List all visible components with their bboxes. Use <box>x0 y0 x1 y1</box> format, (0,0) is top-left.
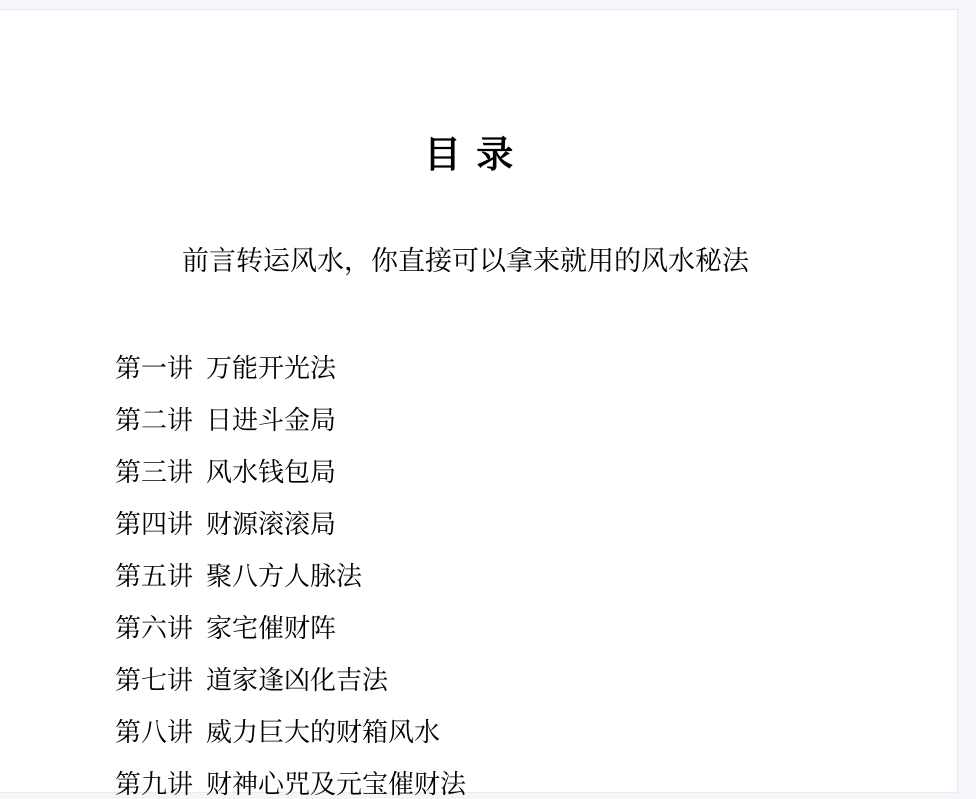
toc-entry-chapter: 第二讲 <box>115 406 193 435</box>
toc-entry-name: 家宅催财阵 <box>206 614 336 643</box>
toc-entry-chapter: 第一讲 <box>115 354 193 383</box>
toc-entry-name: 威力巨大的财箱风水 <box>206 718 440 747</box>
toc-title: 目 录 <box>424 134 516 178</box>
toc-entry: 第七讲道家逢凶化吉法 <box>115 666 388 696</box>
toc-entry-chapter: 第四讲 <box>115 510 193 539</box>
toc-entry-chapter: 第五讲 <box>115 562 193 591</box>
toc-entry-name: 财神心咒及元宝催财法 <box>206 770 466 799</box>
toc-entry: 第一讲万能开光法 <box>115 354 336 384</box>
toc-entry-name: 财源滚滚局 <box>206 510 336 539</box>
toc-entry-chapter: 第八讲 <box>115 718 193 747</box>
toc-entry-chapter: 第七讲 <box>115 666 193 695</box>
toc-entry: 第六讲家宅催财阵 <box>115 614 336 644</box>
toc-entry-chapter: 第三讲 <box>115 458 193 487</box>
toc-entry: 第五讲聚八方人脉法 <box>115 562 362 592</box>
document-page: 目 录 前言转运风水，你直接可以拿来就用的风水秘法 第一讲万能开光法 第二讲日进… <box>0 9 958 793</box>
toc-entry: 第四讲财源滚滚局 <box>115 510 336 540</box>
toc-entry-name: 道家逢凶化吉法 <box>206 666 388 695</box>
toc-entry: 第二讲日进斗金局 <box>115 406 336 436</box>
toc-entry: 第九讲财神心咒及元宝催财法 <box>115 770 466 799</box>
toc-entry-chapter: 第九讲 <box>115 770 193 799</box>
toc-entry-name: 万能开光法 <box>206 354 336 383</box>
toc-entry-name: 聚八方人脉法 <box>206 562 362 591</box>
toc-entry: 第八讲威力巨大的财箱风水 <box>115 718 440 748</box>
toc-entry-chapter: 第六讲 <box>115 614 193 643</box>
toc-entry-name: 日进斗金局 <box>206 406 336 435</box>
document-viewport: 目 录 前言转运风水，你直接可以拿来就用的风水秘法 第一讲万能开光法 第二讲日进… <box>0 0 976 799</box>
toc-entry-name: 风水钱包局 <box>206 458 336 487</box>
toc-entry: 第三讲风水钱包局 <box>115 458 336 488</box>
toc-preface: 前言转运风水，你直接可以拿来就用的风水秘法 <box>182 245 749 277</box>
